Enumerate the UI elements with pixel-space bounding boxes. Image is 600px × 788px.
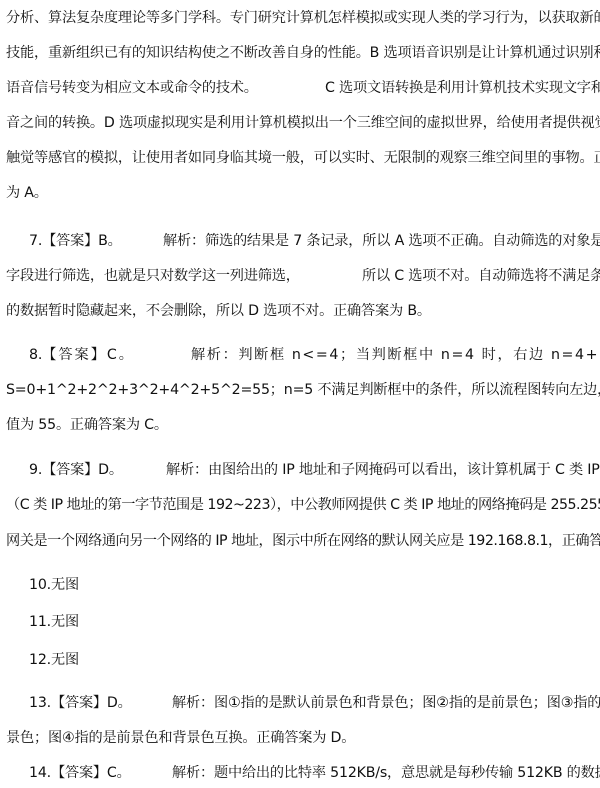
answer-14-label: 【答案】C。: [51, 765, 131, 781]
answer-9-line-2: （C 类 IP 地址的第一字节范围是 192~223），中公教师网提供 C 类 …: [6, 495, 594, 515]
answer-14-analysis: 解析：题中给出的比特率 512KB/s，意思就是每秒传输 512KB 的数据量，: [172, 763, 600, 783]
answer-8-label: 【答案】C。: [42, 347, 135, 363]
answer-11: 11.无图: [29, 612, 594, 632]
answer-9-header: 9.【答案】D。 解析：由图给出的 IP 地址和子网掩码可以看出，该计算机属于 …: [29, 460, 594, 480]
answer-7-analysis: 解析：筛选的结果是 7 条记录，所以 A 选项不正确。自动筛选的对象是单列: [163, 231, 600, 251]
answer-12-text: 无图: [51, 652, 79, 668]
answer-7-number: 7.: [29, 233, 42, 249]
answer-8-line-3: 值为 55。正确答案为 C。: [6, 415, 594, 435]
answer-13-line-2: 景色；图④指的是前景色和背景色互换。正确答案为 D。: [6, 728, 594, 748]
answer-12-number: 12.: [29, 652, 51, 668]
answer-8-analysis: 解析：判断框 n<=4；当判断框中 n=4 时，右边 n=4+1=5，: [191, 345, 600, 365]
answer-7-line-2b: 所以 C 选项不对。自动筛选将不满足条件: [362, 266, 600, 286]
intro-line-6: 为 A。: [6, 183, 594, 203]
answer-11-number: 11.: [29, 614, 51, 630]
answer-12: 12.无图: [29, 650, 594, 670]
answer-7-line-2a: 字段进行筛选，也就是只对数学这一列进筛选，: [6, 268, 300, 284]
answer-9-label: 【答案】D。: [42, 462, 123, 478]
intro-line-2: 技能，重新组织已有的知识结构使之不断改善自身的性能。B 选项语音识别是让计算机通…: [6, 43, 594, 63]
answer-10-number: 10.: [29, 577, 51, 593]
intro-line-4: 音之间的转换。D 选项虚拟现实是利用计算机模拟出一个三维空间的虚拟世界，给使用者…: [6, 113, 594, 133]
answer-13-header: 13.【答案】D。 解析：图①指的是默认前景色和背景色；图②指的是前景色；图③指…: [29, 693, 594, 713]
answer-14-number: 14.: [29, 765, 51, 781]
answer-7-label: 【答案】B。: [42, 233, 121, 249]
answer-10-text: 无图: [51, 577, 79, 593]
intro-line-3a: 语音信号转变为相应文本或命令的技术。: [6, 80, 258, 96]
answer-8-line-2: S=0+1^2+2^2+3^2+4^2+5^2=55；n=5 不满足判断框中的条…: [6, 380, 594, 400]
answer-13-number: 13.: [29, 695, 51, 711]
intro-line-1: 分析、算法复杂度理论等多门学科。专门研究计算机怎样模拟或实现人类的学习行为，以获…: [6, 8, 594, 28]
answer-9-analysis: 解析：由图给出的 IP 地址和子网掩码可以看出，该计算机属于 C 类 IP 地址: [166, 460, 600, 480]
answer-7-header: 7.【答案】B。 解析：筛选的结果是 7 条记录，所以 A 选项不正确。自动筛选…: [29, 231, 594, 251]
answer-10: 10.无图: [29, 575, 594, 595]
intro-line-5: 触觉等感官的模拟，让使用者如同身临其境一般，可以实时、无限制的观察三维空间里的事…: [6, 148, 594, 168]
intro-line-3: 语音信号转变为相应文本或命令的技术。 C 选项文语转换是利用计算机技术实现文字和…: [6, 78, 594, 98]
answer-11-text: 无图: [51, 614, 79, 630]
intro-line-3b: C 选项文语转换是利用计算机技术实现文字和语: [325, 78, 600, 98]
answer-7-line-2: 字段进行筛选，也就是只对数学这一列进筛选， 所以 C 选项不对。自动筛选将不满足…: [6, 266, 594, 286]
answer-8-number: 8.: [29, 347, 42, 363]
answer-9-line-3: 网关是一个网络通向另一个网络的 IP 地址，图示中所在网络的默认网关应是 192…: [6, 531, 594, 551]
answer-7-line-3: 的数据暂时隐藏起来，不会删除，所以 D 选项不对。正确答案为 B。: [6, 301, 594, 321]
answer-14-header: 14.【答案】C。 解析：题中给出的比特率 512KB/s，意思就是每秒传输 5…: [29, 763, 594, 783]
answer-9-number: 9.: [29, 462, 42, 478]
answer-13-label: 【答案】D。: [51, 695, 132, 711]
answer-13-analysis: 解析：图①指的是默认前景色和背景色；图②指的是前景色；图③指的是背: [172, 693, 600, 713]
answer-8-header: 8.【答案】C。 解析：判断框 n<=4；当判断框中 n=4 时，右边 n=4+…: [29, 345, 594, 365]
